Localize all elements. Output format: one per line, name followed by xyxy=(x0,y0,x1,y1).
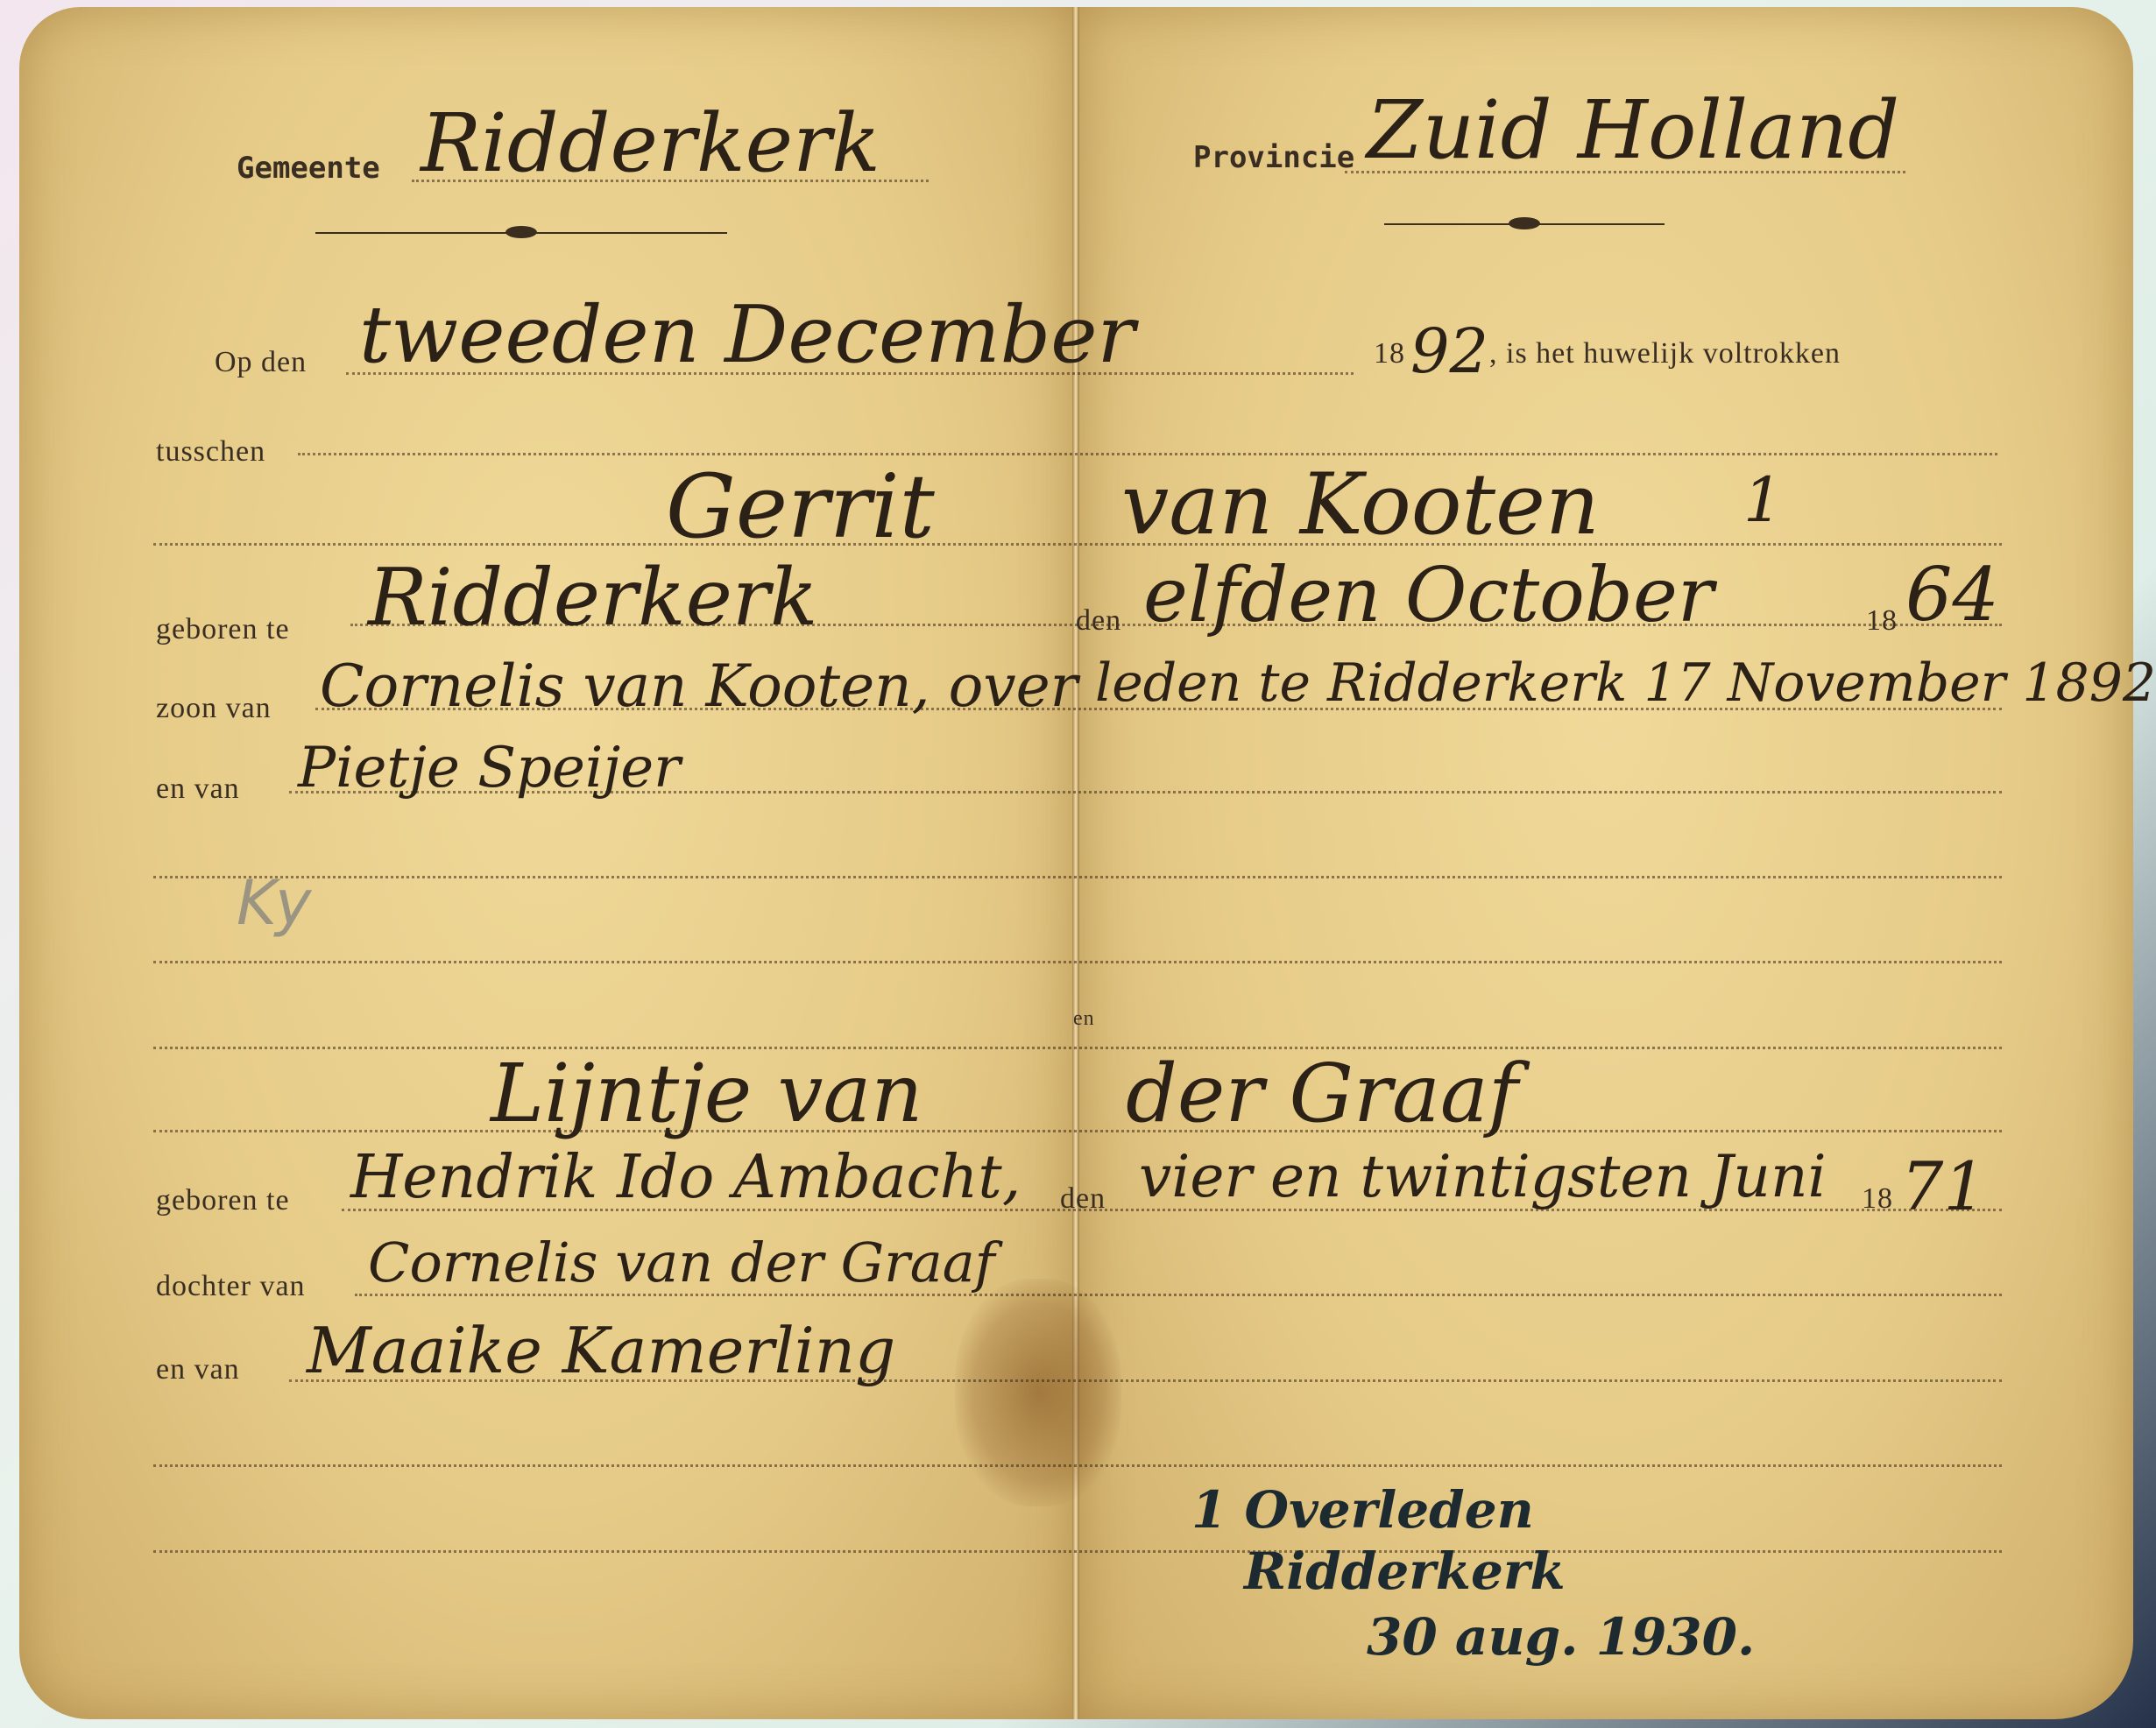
groom-surname: van Kooten xyxy=(1121,455,1600,554)
groom-birth-date: elfden October xyxy=(1143,552,1714,639)
groom-birth-year-prefix: 18 xyxy=(1866,604,1898,638)
blank-line-1 xyxy=(153,876,2002,878)
left-ornament xyxy=(315,232,727,234)
tusschen-label: tusschen xyxy=(156,435,265,469)
bride-name-rest: der Graaf xyxy=(1126,1047,1518,1140)
groom-birth-year-suffix: 64 xyxy=(1905,552,1999,638)
pencil-mark: Ky xyxy=(237,867,311,939)
groom-first-name: Gerrit xyxy=(666,455,935,558)
groom-den-label: den xyxy=(1076,604,1121,638)
bride-name-line xyxy=(153,1130,2002,1132)
gemeente-label: Gemeente xyxy=(237,151,380,186)
bride-birth-label: geboren te xyxy=(156,1184,290,1217)
bride-name-first: Lijntje van xyxy=(491,1047,923,1140)
left-page xyxy=(19,7,1075,1719)
provincie-label: Provincie xyxy=(1193,140,1354,175)
right-page xyxy=(1078,7,2133,1719)
groom-note-marker: 1 xyxy=(1743,464,1783,536)
bride-name-top-line xyxy=(153,1047,2002,1049)
marriage-statement: , is het huwelijk voltrokken xyxy=(1489,337,1841,370)
water-stain xyxy=(955,1279,1121,1506)
right-ornament xyxy=(1384,223,1665,225)
blank-line-4 xyxy=(153,1550,2002,1553)
bride-birth-year-prefix: 18 xyxy=(1862,1182,1893,1216)
blank-line-3 xyxy=(153,1464,2002,1467)
groom-mother: Pietje Speijer xyxy=(298,736,681,801)
groom-father-death: leden te Ridderkerk 17 November 1892 xyxy=(1095,652,2156,714)
bride-birth-year-suffix: 71 xyxy=(1901,1147,1986,1225)
bride-den-label: den xyxy=(1060,1182,1106,1216)
marriage-date: tweeden December xyxy=(359,289,1135,381)
gemeente-value: Ridderkerk xyxy=(421,96,880,190)
bride-mother: Maaike Kamerling xyxy=(307,1314,895,1387)
groom-birthplace: Ridderkerk xyxy=(368,552,817,644)
death-annotation-line2: Ridderkerk xyxy=(1244,1541,1566,1601)
op-den-label: Op den xyxy=(215,346,307,379)
death-annotation-line3: 30 aug. 1930. xyxy=(1367,1607,1755,1667)
bride-birth-date: vier en twintigsten Juni xyxy=(1139,1143,1827,1210)
groom-birth-label: geboren te xyxy=(156,613,290,646)
bride-father-label: dochter van xyxy=(156,1270,306,1303)
en-label: en xyxy=(1073,1007,1095,1031)
bride-father: Cornelis van der Graaf xyxy=(368,1231,995,1294)
death-annotation-line1: 1 Overleden xyxy=(1191,1480,1534,1540)
groom-name-line xyxy=(153,543,2002,546)
year-prefix: 18 xyxy=(1374,337,1405,370)
bride-mother-label: en van xyxy=(156,1353,240,1386)
groom-father: Cornelis van Kooten, over xyxy=(320,652,1078,720)
blank-line-2 xyxy=(153,961,2002,963)
bride-birthplace: Hendrik Ido Ambacht, xyxy=(350,1143,1021,1212)
marriage-year-suffix: 92 xyxy=(1410,315,1488,387)
groom-father-label: zoon van xyxy=(156,692,272,725)
provincie-value: Zuid Holland xyxy=(1367,83,1899,177)
groom-mother-label: en van xyxy=(156,772,240,806)
